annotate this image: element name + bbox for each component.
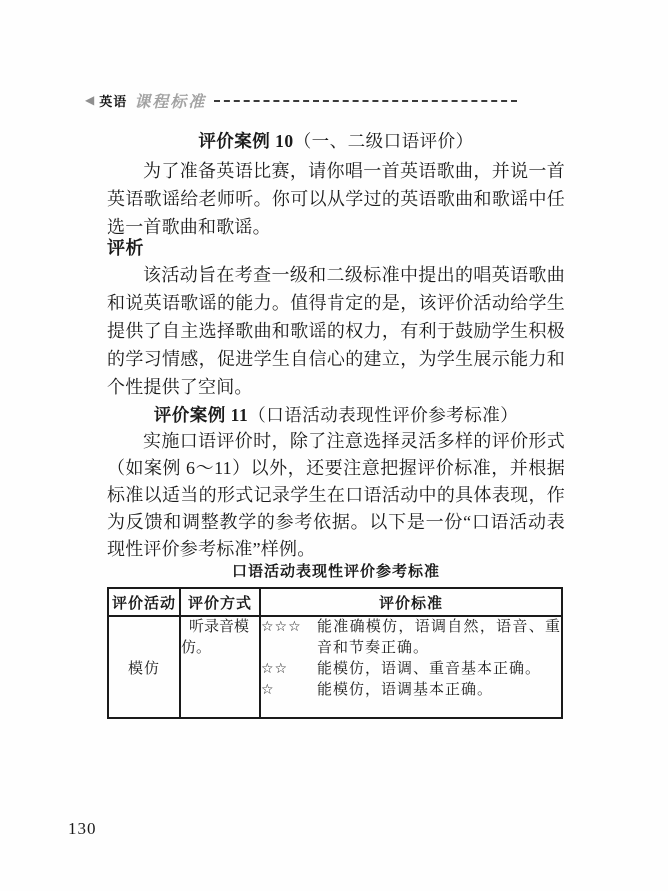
cell-method: 听录音模仿。 <box>180 616 260 718</box>
table-title: 口语活动表现性评价参考标准 <box>107 563 565 581</box>
cell-criteria: ☆☆☆ 能准确模仿，语调自然，语音、重音和节奏正确。 ☆☆ 能模仿，语调、重音基… <box>260 616 562 718</box>
three-star-rating-icon: ☆☆☆ <box>261 617 317 659</box>
one-star-rating-icon: ☆ <box>261 680 317 701</box>
running-head-subject: 英语 <box>99 91 127 110</box>
header-cell-activity: 评价活动 <box>108 588 180 616</box>
criteria-text: 能模仿，语调、重音基本正确。 <box>317 659 561 680</box>
header-cell-criteria: 评价标准 <box>260 588 562 616</box>
table-header-row: 评价活动 评价方式 评价标准 <box>108 588 562 616</box>
cell-activity: 模仿 <box>108 616 180 718</box>
case10-body-paragraph: 为了准备英语比赛，请你唱一首英语歌曲，并说一首英语歌谣给老师听。你可以从学过的英… <box>107 157 565 241</box>
criteria-text: 能准确模仿，语调自然，语音、重音和节奏正确。 <box>317 617 561 659</box>
running-head-dashed-rule <box>214 100 517 102</box>
method-text: 听录音模仿。 <box>181 617 259 659</box>
page-number: 130 <box>68 819 97 839</box>
running-head: ◀ 英语 课程标准 <box>85 90 517 110</box>
case10-title-number: 评价案例 10 <box>198 131 293 151</box>
book-page: ◀ 英语 课程标准 评价案例 10（一、二级口语评价） 为了准备英语比赛，请你唱… <box>0 0 668 891</box>
table-row: 模仿 听录音模仿。 ☆☆☆ 能准确模仿，语调自然，语音、重音和节奏正确。 ☆☆ … <box>108 616 562 718</box>
analysis-heading: 评析 <box>107 237 565 259</box>
case11-title-paren: （口语活动表现性评价参考标准） <box>248 405 518 425</box>
case10-title-paren: （一、二级口语评价） <box>294 131 474 151</box>
criteria-row: ☆☆ 能模仿，语调、重音基本正确。 <box>261 659 561 680</box>
left-triangle-icon: ◀ <box>85 94 94 106</box>
case11-body-paragraph: 实施口语评价时，除了注意选择灵活多样的评价形式（如案例 6～11）以外，还要注意… <box>107 428 565 563</box>
evaluation-criteria-table: 评价活动 评价方式 评价标准 模仿 听录音模仿。 ☆☆☆ 能准确模仿，语调自然，… <box>107 587 563 719</box>
criteria-text: 能模仿，语调基本正确。 <box>317 680 561 701</box>
case11-title-number: 评价案例 11 <box>154 405 248 425</box>
running-head-series: 课程标准 <box>134 89 206 112</box>
analysis-paragraph: 该活动旨在考查一级和二级标准中提出的唱英语歌曲和说英语歌谣的能力。值得肯定的是，… <box>107 261 565 401</box>
case10-title: 评价案例 10（一、二级口语评价） <box>107 130 565 152</box>
criteria-row: ☆☆☆ 能准确模仿，语调自然，语音、重音和节奏正确。 <box>261 617 561 659</box>
criteria-row: ☆ 能模仿，语调基本正确。 <box>261 680 561 701</box>
two-star-rating-icon: ☆☆ <box>261 659 317 680</box>
header-cell-method: 评价方式 <box>180 588 260 616</box>
case11-title: 评价案例 11（口语活动表现性评价参考标准） <box>107 404 565 426</box>
